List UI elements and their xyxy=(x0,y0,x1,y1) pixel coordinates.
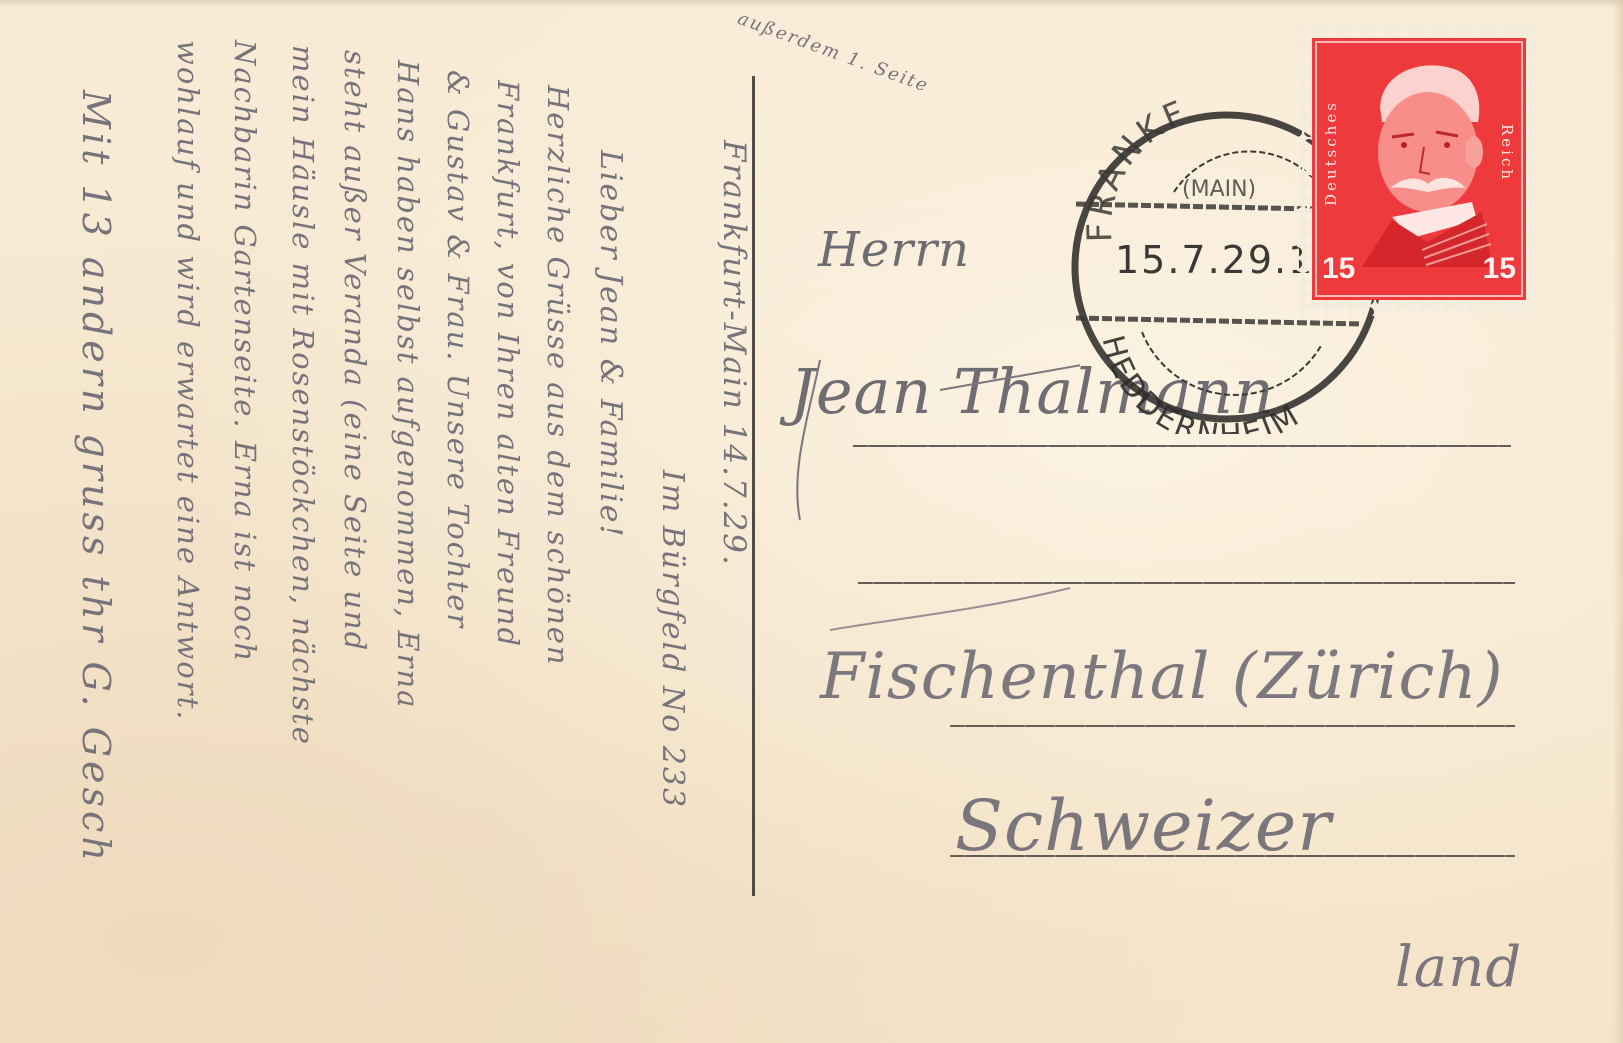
svg-text:FRANKF: FRANKF xyxy=(1080,92,1194,243)
message-line-closing: Mit 13 andern gruss thr G. Gesch xyxy=(74,90,118,865)
address-country-1: Schweizer xyxy=(955,785,1332,867)
stamp-value-right: 15 xyxy=(1483,252,1516,286)
address-line-3 xyxy=(950,725,1515,727)
message-line: steht außer Veranda (eine Seite und xyxy=(338,50,372,652)
card-edge-right xyxy=(1613,0,1623,1043)
message-line: Frankfurt, von Ihren alten Freund xyxy=(491,80,525,648)
message-line-greeting: Lieber Jean & Familie! xyxy=(593,150,628,539)
message-line: wohlauf und wird erwartet eine Antwort. xyxy=(171,40,205,722)
postage-stamp: Deutsches Reich 15 15 xyxy=(1312,38,1526,300)
postmark-city: FRANKF xyxy=(1080,92,1194,243)
message-line: Hans haben selbst aufgenommen, Erna xyxy=(391,60,425,709)
address-country-2: land xyxy=(1395,935,1522,1000)
message-line: mein Häusle mit Rosenstöckchen, nächste xyxy=(286,45,320,746)
pencil-stroke xyxy=(820,580,1080,640)
stamp-portrait-icon xyxy=(1352,52,1492,267)
card-edge-top xyxy=(0,0,1623,8)
message-line-date: Frankfurt-Main 14.7.29. xyxy=(716,140,752,567)
stamp-value-left: 15 xyxy=(1322,252,1355,286)
postmark-district: HEDDERNHEIM xyxy=(1094,332,1307,434)
stamp-country-right: Reich xyxy=(1494,68,1516,238)
margin-note: außerdem 1. Seite xyxy=(735,8,932,97)
message-line: Nachbarin Gartenseite. Erna ist noch xyxy=(228,40,262,663)
message-line: & Gustav & Frau. Unsere Tochter xyxy=(441,70,475,629)
address-place: Fischenthal (Zürich) xyxy=(820,640,1504,714)
pencil-stroke xyxy=(780,330,1080,570)
postcard: Frankfurt-Main 14.7.29. Im Bürgfeld No 2… xyxy=(0,0,1623,1043)
postmark-region: (MAIN) xyxy=(1182,177,1256,202)
message-line-address: Im Bürgfeld No 233 xyxy=(655,470,690,809)
center-divider xyxy=(752,76,755,896)
stamp-country-left: Deutsches xyxy=(1322,68,1344,238)
address-salutation: Herrn xyxy=(818,222,970,278)
message-line: Herzliche Grüsse aus dem schönen xyxy=(541,85,575,667)
svg-text:HEDDERNHEIM: HEDDERNHEIM xyxy=(1094,332,1307,434)
